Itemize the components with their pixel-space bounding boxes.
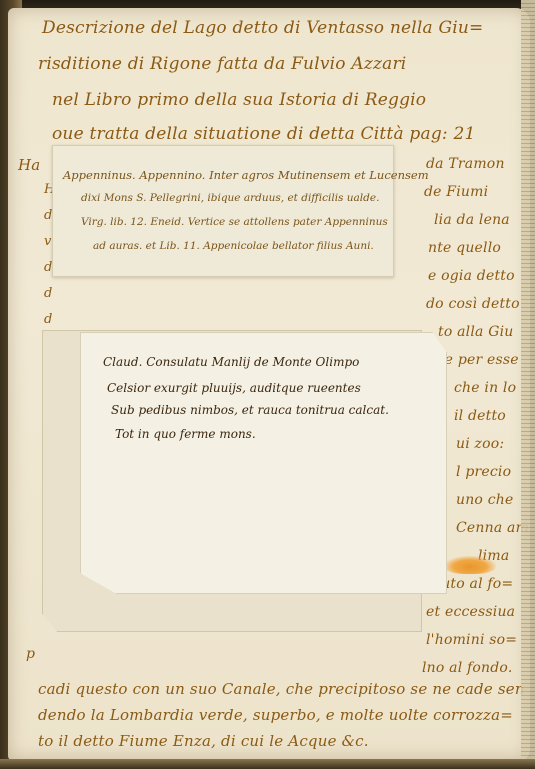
slip-upper-line-3: Virg. lib. 12. Eneid. Vertice se attolle… <box>81 216 388 228</box>
main-text-line-4: oue tratta della situatione di detta Cit… <box>52 124 475 144</box>
page-edges-right <box>521 0 535 769</box>
bottom-text-line-3: to il detto Fiume Enza, di cui le Acque … <box>38 732 369 750</box>
slip-lower-line-4: Tot in quo ferme mons. <box>115 427 256 441</box>
left-fragment: p <box>26 646 35 662</box>
slip-lower-line-3: Sub pedibus nimbos, et rauca tonitrua ca… <box>111 403 389 417</box>
main-text-line-1: Descrizione del Lago detto di Ventasso n… <box>42 18 483 38</box>
right-column-line: lia da lena <box>434 212 510 228</box>
bottom-text-line-2: dendo la Lombardia verde, superbo, e mol… <box>38 706 513 724</box>
main-text-line-3: nel Libro primo della sua Istoria di Reg… <box>52 90 426 110</box>
right-column-line: do così detto <box>426 296 520 312</box>
right-column-line: lno al fondo. <box>422 660 512 676</box>
right-column-line: Cenna am <box>456 520 529 536</box>
pasted-slip-lower: Claud. Consulatu Manlij de Monte Olimpo … <box>80 332 447 594</box>
right-column-line: il detto <box>454 408 506 424</box>
right-column-line: nte quello <box>428 240 501 256</box>
left-margin-note: Ha <box>18 156 40 174</box>
right-column-line: e ogia detto <box>428 268 515 284</box>
right-column-line: to alla Giu <box>438 324 513 340</box>
orange-stain <box>444 556 496 574</box>
slip-lower-line-1: Claud. Consulatu Manlij de Monte Olimpo <box>103 355 359 369</box>
right-column-line: l precio <box>456 464 511 480</box>
right-column-line: le per esse <box>440 352 519 368</box>
right-column-line: et eccessiua <box>426 604 515 620</box>
bottom-text-line-1: cadi questo con un suo Canale, che preci… <box>38 680 525 698</box>
left-fragment: d <box>44 312 53 327</box>
slip-upper-line-2: dixi Mons S. Pellegrini, ibique arduus, … <box>81 192 379 204</box>
book-bottom-edge <box>0 759 535 769</box>
right-column-line: che in lo <box>454 380 516 396</box>
right-column-line: uno che <box>456 492 513 508</box>
slip-upper-line-4: ad auras. et Lib. 11. Appenicolae bellat… <box>93 240 374 252</box>
pasted-slip-upper: Appenninus. Appennino. Inter agros Mutin… <box>52 145 394 277</box>
main-text-line-2: risditione di Rigone fatta da Fulvio Azz… <box>38 54 406 74</box>
left-fragment: d <box>44 286 53 301</box>
right-column-line: l'homini so= <box>426 632 517 648</box>
right-column-line: de Fiumi <box>424 184 488 200</box>
left-fragment: v <box>44 234 52 249</box>
slip-lower-line-2: Celsior exurgit pluuijs, auditque rueent… <box>107 381 361 395</box>
slip-upper-line-1: Appenninus. Appennino. Inter agros Mutin… <box>63 168 429 182</box>
right-column-line: ui zoo: <box>456 436 504 452</box>
right-column-line: da Tramon <box>426 156 505 172</box>
